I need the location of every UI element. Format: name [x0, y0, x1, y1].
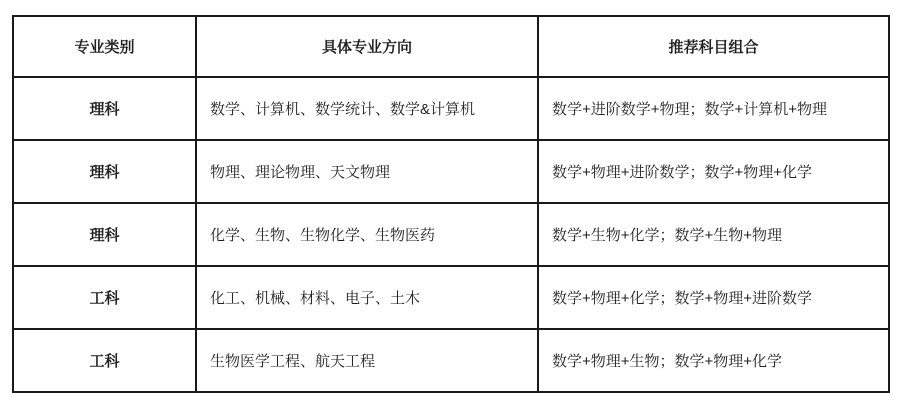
row-2-subjects: 数学+物理+进阶数学；数学+物理+化学	[538, 140, 889, 203]
row-1-category: 理科	[13, 77, 196, 140]
row-2-category: 理科	[13, 140, 196, 203]
table-row: 理科 化学、生物、生物化学、生物医药 数学+生物+化学；数学+生物+物理	[13, 203, 889, 266]
row-1-direction: 数学、计算机、数学统计、数学&计算机	[196, 77, 538, 140]
row-3-subjects: 数学+生物+化学；数学+生物+物理	[538, 203, 889, 266]
table-row: 工科 化工、机械、材料、电子、土木 数学+物理+化学；数学+物理+进阶数学	[13, 266, 889, 329]
row-1-subjects: 数学+进阶数学+物理；数学+计算机+物理	[538, 77, 889, 140]
row-5-category: 工科	[13, 329, 196, 392]
header-category: 专业类别	[13, 16, 196, 77]
header-row: 专业类别 具体专业方向 推荐科目组合	[13, 16, 889, 77]
row-5-direction: 生物医学工程、航天工程	[196, 329, 538, 392]
row-3-direction: 化学、生物、生物化学、生物医药	[196, 203, 538, 266]
row-3-category: 理科	[13, 203, 196, 266]
header-subjects: 推荐科目组合	[538, 16, 889, 77]
table-row: 理科 物理、理论物理、天文物理 数学+物理+进阶数学；数学+物理+化学	[13, 140, 889, 203]
row-2-direction: 物理、理论物理、天文物理	[196, 140, 538, 203]
row-4-direction: 化工、机械、材料、电子、土木	[196, 266, 538, 329]
table-row: 工科 生物医学工程、航天工程 数学+物理+生物；数学+物理+化学	[13, 329, 889, 392]
table-row: 理科 数学、计算机、数学统计、数学&计算机 数学+进阶数学+物理；数学+计算机+…	[13, 77, 889, 140]
row-5-subjects: 数学+物理+生物；数学+物理+化学	[538, 329, 889, 392]
document-page: 专业类别 具体专业方向 推荐科目组合 理科 数学、计算机、数学统计、数学&计算机…	[0, 0, 900, 400]
header-direction: 具体专业方向	[196, 16, 538, 77]
row-4-subjects: 数学+物理+化学；数学+物理+进阶数学	[538, 266, 889, 329]
row-4-category: 工科	[13, 266, 196, 329]
major-subjects-table: 专业类别 具体专业方向 推荐科目组合 理科 数学、计算机、数学统计、数学&计算机…	[12, 15, 890, 393]
